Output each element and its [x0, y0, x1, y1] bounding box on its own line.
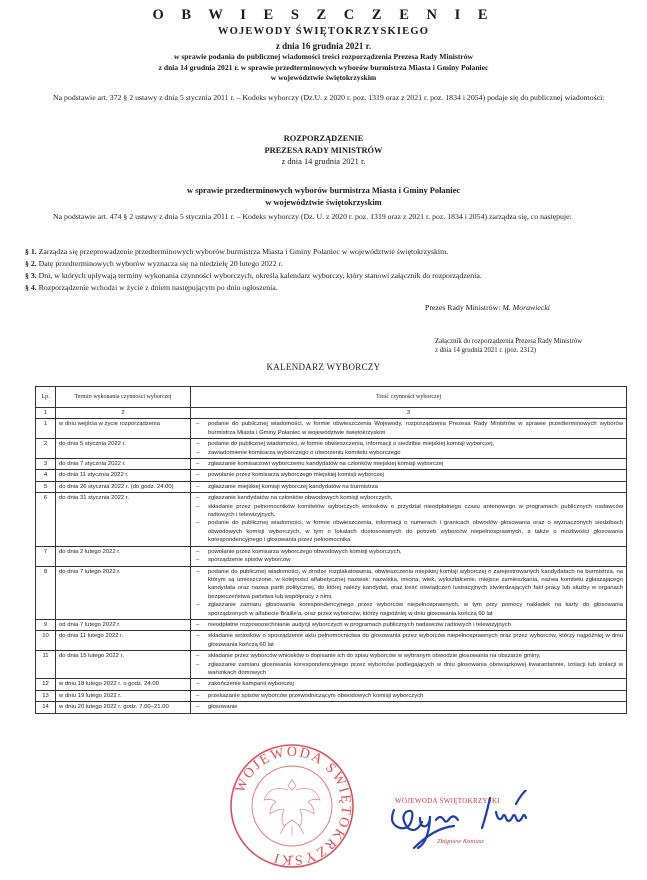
table-row: 13w dniu 19 lutego 2022 r.przekazanie sp…	[36, 690, 627, 701]
row-content: zgłaszanie komisarzowi wyborczemu kandyd…	[191, 459, 627, 470]
table-row: 5do dnia 26 stycznia 2022 r. (do godz. 2…	[36, 481, 627, 492]
signatory-name: Zbigniew Koniusz	[437, 838, 484, 845]
activity-list: powołanie przez komisarza wyborczego mie…	[194, 471, 623, 479]
activity-item: zgłaszanie zamiaru głosowania koresponde…	[194, 601, 623, 618]
row-content: podanie do publicznej wiadomości, w form…	[191, 419, 627, 439]
activity-item: zgłaszanie kandydatów na członków obwodo…	[194, 494, 623, 502]
row-number: 1	[36, 419, 56, 439]
row-number: 7	[36, 546, 56, 566]
activity-list: powołanie przez komisarza wyborczego obw…	[194, 548, 623, 565]
svg-text:WOJEWODA ŚWIĘTOKRZYSKI: WOJEWODA ŚWIĘTOKRZYSKI	[233, 745, 353, 867]
activity-item: przekazanie spisów wyborców przewodniczą…	[194, 692, 623, 700]
row-content: głosowanie	[191, 702, 627, 713]
activity-list: podanie do publicznej wiadomości, w form…	[194, 420, 623, 437]
subject-line: z dnia 14 grudnia 2021 r. w sprawie prze…	[0, 63, 647, 74]
activity-item: zawiadomienie komisarza wyborczego o utw…	[194, 449, 623, 457]
row-term: w dniu wejścia w życie rozporządzenia	[56, 419, 191, 439]
colnum: 2	[56, 408, 191, 419]
row-number: 3	[36, 459, 56, 470]
activity-list: składanie wniosków o sporządzenie aktu p…	[194, 632, 623, 649]
section-2: § 2. Datę przedterminowych wyborów wyzna…	[25, 258, 283, 269]
activity-item: zgłaszanie komisarzowi wyborczemu kandyd…	[194, 460, 623, 468]
section-text: Datę przedterminowych wyborów wyznacza s…	[39, 259, 283, 268]
notice-title: O B W I E S Z C Z E N I E	[0, 7, 647, 24]
activity-list: nieodpłatne rozpowszechnianie audycji wy…	[194, 621, 623, 629]
section-text: Zarządza się przeprowadzenie przedtermin…	[39, 247, 448, 256]
row-term: do dnia 11 lutego 2022 r.	[56, 631, 191, 651]
activity-list: zgłaszanie kandydatów na członków obwodo…	[194, 494, 623, 544]
header-lp: Lp.	[36, 387, 56, 408]
annex-note: Załącznik do rozporządzenia Prezesa Rady…	[435, 337, 582, 355]
activity-list: podanie do publicznej wiadomości, w drod…	[194, 568, 623, 618]
activity-item: sporządzenie spisów wyborców	[194, 556, 623, 564]
table-row: 3do dnia 7 stycznia 2022 r.zgłaszanie ko…	[36, 459, 627, 470]
activity-item: składanie wniosków o sporządzenie aktu p…	[194, 632, 623, 649]
row-term: do dnia 15 lutego 2022 r.	[56, 651, 191, 679]
calendar-title: KALENDARZ WYBORCZY	[0, 362, 647, 372]
activity-list: podanie do publicznej wiadomości, w form…	[194, 440, 623, 457]
row-number: 12	[36, 679, 56, 690]
row-number: 4	[36, 470, 56, 481]
regulation-issuer: PREZESA RADY MINISTRÓW	[0, 145, 647, 157]
row-content: zakończenie kampanii wyborczej	[191, 679, 627, 690]
subject-line: w sprawie przedterminowych wyborów burmi…	[0, 185, 647, 197]
row-number: 10	[36, 631, 56, 651]
section-4: § 4. Rozporządzenie wchodzi w życie z dn…	[25, 282, 278, 293]
signature-name: M. Morawiecki	[502, 303, 550, 312]
section-mark: § 1.	[25, 247, 37, 256]
row-number: 13	[36, 690, 56, 701]
annex-line: z dnia 14 grudnia 2021 r. (poz. 2312)	[435, 346, 582, 355]
activity-item: głosowanie	[194, 703, 623, 711]
notice-date: z dnia 16 grudnia 2021 r.	[0, 41, 647, 51]
row-content: zgłaszanie miejskiej komisji wyborczej k…	[191, 481, 627, 492]
table-row: 2do dnia 5 stycznia 2022 r.podanie do pu…	[36, 439, 627, 459]
activity-list: przekazanie spisów wyborców przewodniczą…	[194, 692, 623, 700]
regulation-subject: w sprawie przedterminowych wyborów burmi…	[0, 185, 647, 208]
row-number: 5	[36, 481, 56, 492]
section-text: Rozporządzenie wchodzi w życie z dniem n…	[39, 283, 278, 292]
header-content: Treść czynności wyborczej	[191, 387, 627, 408]
subject-line: w województwie świętokrzyskim	[0, 73, 647, 84]
section-mark: § 2.	[25, 259, 37, 268]
row-content: przekazanie spisów wyborców przewodniczą…	[191, 690, 627, 701]
activity-list: zgłaszanie miejskiej komisji wyborczej k…	[194, 483, 623, 491]
table-row: 11do dnia 15 lutego 2022 r.składanie prz…	[36, 651, 627, 679]
activity-item: zgłaszanie miejskiej komisji wyborczej k…	[194, 483, 623, 491]
activity-item: powołanie przez komisarza wyborczego obw…	[194, 548, 623, 556]
section-mark: § 4.	[25, 283, 37, 292]
activity-item: podanie do publicznej wiadomości, w form…	[194, 519, 623, 544]
pm-signature: Prezes Rady Ministrów: M. Morawiecki	[425, 303, 550, 312]
activity-list: zakończenie kampanii wyborczej	[194, 680, 623, 688]
regulation-date: z dnia 14 grudnia 2021 r.	[0, 156, 647, 168]
table-row: 7do dnia 2 lutego 2022 r.powołanie przez…	[36, 546, 627, 566]
regulation-title: ROZPORZĄDZENIE	[0, 133, 647, 145]
row-content: nieodpłatne rozpowszechnianie audycji wy…	[191, 619, 627, 630]
activity-item: powołanie przez komisarza wyborczego mie…	[194, 471, 623, 479]
svg-text:*: *	[290, 853, 294, 862]
activity-list: zgłaszanie komisarzowi wyborczemu kandyd…	[194, 460, 623, 468]
table-row: 6do dnia 31 stycznia 2022 r.zgłaszanie k…	[36, 493, 627, 546]
row-term: w dniu 19 lutego 2022 r.	[56, 690, 191, 701]
row-content: zgłaszanie kandydatów na członków obwodo…	[191, 493, 627, 546]
subject-line: w województwie świętokrzyskim	[0, 197, 647, 209]
activity-item: zakończenie kampanii wyborczej	[194, 680, 623, 688]
regulation-heading: ROZPORZĄDZENIE PREZESA RADY MINISTRÓW z …	[0, 133, 647, 168]
row-term: do dnia 5 stycznia 2022 r.	[56, 439, 191, 459]
table-row: 12w dniu 18 lutego 2022 r. o godz. 24.00…	[36, 679, 627, 690]
activity-item: podanie do publicznej wiadomości, w form…	[194, 440, 623, 448]
row-content: składanie przez wyborców wniosków o dopi…	[191, 651, 627, 679]
table-row: 8do dnia 7 lutego 2022 r.podanie do publ…	[36, 566, 627, 619]
row-term: w dniu 18 lutego 2022 r. o godz. 24.00	[56, 679, 191, 690]
activity-item: składanie przez pełnomocników komitetów …	[194, 503, 623, 520]
section-3: § 3. Dni, w których upływają terminy wyk…	[25, 270, 482, 281]
row-content: podanie do publicznej wiadomości, w drod…	[191, 566, 627, 619]
table-colnum-row: 1 2 3	[36, 408, 627, 419]
calendar-table: Lp. Termin wykonania czynności wyborczej…	[35, 386, 627, 714]
signature-label: Prezes Rady Ministrów:	[425, 303, 500, 312]
table-header-row: Lp. Termin wykonania czynności wyborczej…	[36, 387, 627, 408]
official-seal-icon: WOJEWODA ŚWIĘTOKRZYSKI *	[228, 742, 356, 870]
row-number: 9	[36, 619, 56, 630]
row-term: do dnia 26 stycznia 2022 r. (do godz. 24…	[56, 481, 191, 492]
row-content: podanie do publicznej wiadomości, w form…	[191, 439, 627, 459]
table-row: 1w dniu wejścia w życie rozporządzeniapo…	[36, 419, 627, 439]
activity-list: głosowanie	[194, 703, 623, 711]
row-term: w dniu 20 lutego 2022 r. godz. 7.00–21.0…	[56, 702, 191, 713]
colnum: 1	[36, 408, 56, 419]
intro-paragraph: Na podstawie art. 372 § 2 ustawy z dnia …	[25, 92, 625, 104]
calendar-body: 1w dniu wejścia w życie rozporządzeniapo…	[36, 419, 627, 713]
table-row: 4do dnia 11 stycznia 2022 r.powołanie pr…	[36, 470, 627, 481]
table-row: 14w dniu 20 lutego 2022 r. godz. 7.00–21…	[36, 702, 627, 713]
row-content: składanie wniosków o sporządzenie aktu p…	[191, 631, 627, 651]
table-row: 10do dnia 11 lutego 2022 r.składanie wni…	[36, 631, 627, 651]
section-1: § 1. Zarządza się przeprowadzenie przedt…	[25, 246, 448, 257]
row-term: do dnia 31 stycznia 2022 r.	[56, 493, 191, 546]
header-term: Termin wykonania czynności wyborczej	[56, 387, 191, 408]
activity-item: składanie przez wyborców wniosków o dopi…	[194, 652, 623, 660]
activity-list: składanie przez wyborców wniosków o dopi…	[194, 652, 623, 677]
activity-item: zgłaszanie zamiaru głosowania koresponde…	[194, 661, 623, 678]
notice-subject: w sprawie podania do publicznej wiadomoś…	[0, 52, 647, 84]
row-term: od dnia 7 lutego 2022 r.	[56, 619, 191, 630]
notice-issuer: WOJEWODY ŚWIĘTOKRZYSKIEGO	[0, 26, 647, 37]
colnum: 3	[191, 408, 627, 419]
row-number: 6	[36, 493, 56, 546]
row-number: 11	[36, 651, 56, 679]
row-term: do dnia 2 lutego 2022 r.	[56, 546, 191, 566]
row-number: 8	[36, 566, 56, 619]
section-mark: § 3.	[25, 271, 37, 280]
table-row: 9od dnia 7 lutego 2022 r.nieodpłatne roz…	[36, 619, 627, 630]
subject-line: w sprawie podania do publicznej wiadomoś…	[0, 52, 647, 63]
row-term: do dnia 7 stycznia 2022 r.	[56, 459, 191, 470]
regulation-basis: Na podstawie art. 474 § 2 ustawy z dnia …	[25, 211, 625, 223]
row-number: 2	[36, 439, 56, 459]
row-content: powołanie przez komisarza wyborczego obw…	[191, 546, 627, 566]
annex-line: Załącznik do rozporządzenia Prezesa Rady…	[435, 337, 582, 346]
activity-item: podanie do publicznej wiadomości, w form…	[194, 420, 623, 437]
row-number: 14	[36, 702, 56, 713]
row-term: do dnia 11 stycznia 2022 r.	[56, 470, 191, 481]
activity-item: podanie do publicznej wiadomości, w drod…	[194, 568, 623, 602]
activity-item: nieodpłatne rozpowszechnianie audycji wy…	[194, 621, 623, 629]
section-text: Dni, w których upływają terminy wykonani…	[39, 271, 482, 280]
row-term: do dnia 7 lutego 2022 r.	[56, 566, 191, 619]
row-content: powołanie przez komisarza wyborczego mie…	[191, 470, 627, 481]
